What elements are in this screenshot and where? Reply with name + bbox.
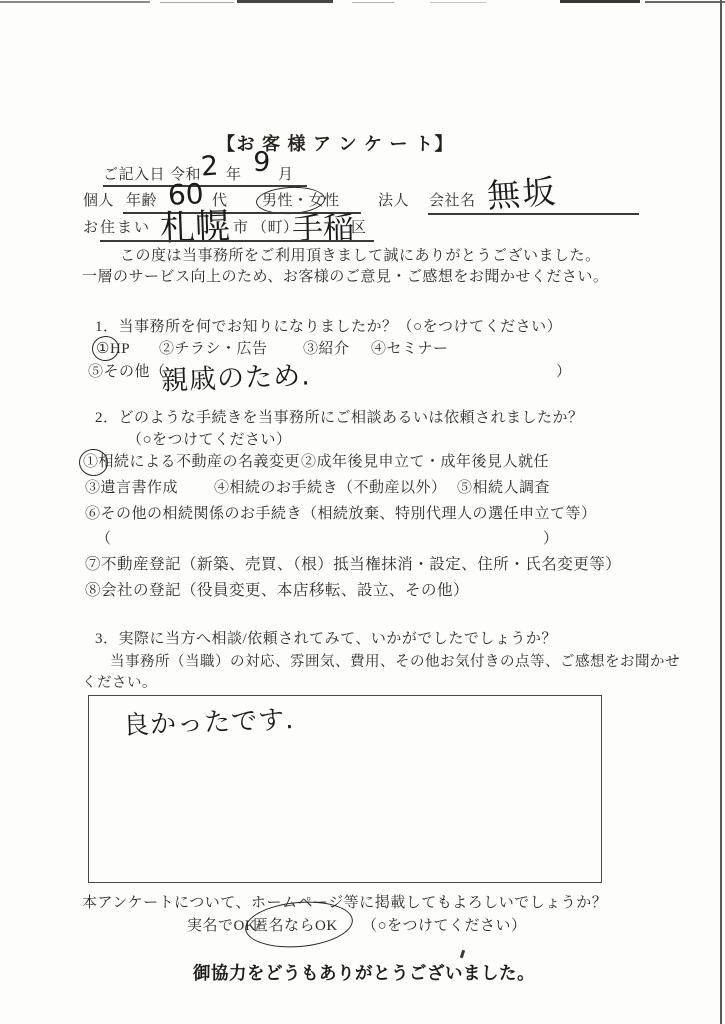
q2-option-8: ⑧会社の登記（役員変更、本店移転、設立、その他） <box>85 581 469 600</box>
consent-instruction: （○をつけてください） <box>362 917 527 936</box>
age-label: 年齢 <box>126 192 157 211</box>
month-suffix-label: 月 <box>278 166 294 185</box>
q2-option-2: ②成年後見申立て・成年後見人就任 <box>301 453 549 472</box>
residence-label: お住まい <box>83 219 151 238</box>
city-handwritten: 札幌 <box>159 199 231 251</box>
scan-artifact-top-4 <box>352 2 394 3</box>
year-suffix-label: 年 <box>226 166 242 185</box>
q1-other-close-paren: ） <box>556 363 572 382</box>
corporate-label: 法人 <box>378 192 409 211</box>
residence-row-underline <box>100 240 374 242</box>
q2-option-4: ④相続のお手続き（不動産以外） <box>214 479 447 498</box>
company-name-label: 会社名 <box>429 192 476 211</box>
q2-instruction: （○をつけてください） <box>127 431 292 450</box>
q1-heading: 1．当事務所を何でお知りになりましたか？（○をつけてください） <box>95 318 562 337</box>
greeting-line-1: この度は当事務所をご利用頂きまして誠にありがとうございました。 <box>120 247 601 266</box>
q2-option-5: ⑤相続人調査 <box>457 479 550 498</box>
entry-date-label: ご記入日 <box>103 166 165 185</box>
q3-answer-handwritten: 良かったです. <box>122 699 294 742</box>
q2-heading: 2．どのような手続きを当事務所にご相談あるいは依頼されましたか？ <box>95 409 584 428</box>
ward-handwritten: 手稲 <box>292 202 355 248</box>
scan-artifact-top-3 <box>237 0 333 3</box>
q1-other-label: ⑤その他（ <box>88 363 166 382</box>
city-suffix-label: 市 <box>233 219 249 238</box>
greeting-line-2: 一層のサービス向上のため、お客様のご意見・ご感想をお聞かせください。 <box>82 268 608 287</box>
q3-heading: 3．実際に当方へ相談/依頼されてみて、いかがでしたでしょうか？ <box>95 630 557 649</box>
entry-date-underline <box>103 185 307 187</box>
scan-artifact-top-5 <box>430 2 486 3</box>
q2-option-1: ①相続による不動産の名義変更 <box>83 453 300 472</box>
scan-artifact-top-7 <box>645 1 725 3</box>
scan-speck <box>460 950 465 959</box>
q2-blank-close-paren: ） <box>543 530 559 549</box>
q3-body-line-1: 当事務所（当職）の対応、雰囲気、費用、その他お気付きの点等、ご感想をお聞かせ <box>110 653 680 671</box>
q2-option-7: ⑦不動産登記（新築、売買、（根）抵当権抹消・設定、住所・氏名変更等） <box>85 555 621 574</box>
ward-suffix-label: 区 <box>351 219 367 238</box>
scanned-survey-page: 【お 客 様 ア ン ケ ー ト】 ご記入日 令和 2 年 9 月 個人 年齢 … <box>0 0 725 1024</box>
scan-artifact-top-6 <box>560 0 640 3</box>
q1-other-handwritten: 親戚のため. <box>160 353 311 397</box>
q2-option-3: ③遺言書作成 <box>85 479 178 498</box>
scan-artifact-top-2 <box>160 2 234 3</box>
company-row-underline <box>428 213 639 215</box>
closing-thanks: 御協力をどうもありがとうございました。 <box>193 960 535 985</box>
individual-label: 個人 <box>83 192 114 211</box>
q2-option-6: ⑥その他の相続関係のお手続き（相続放棄、特別代理人の選任申立て等） <box>85 505 597 524</box>
month-value-handwritten: 9 <box>252 147 271 179</box>
q1-option-seminar: ④セミナー <box>371 340 449 359</box>
scan-artifact-top-1 <box>0 1 150 3</box>
scan-artifact-right-edge <box>720 0 722 1024</box>
q3-body-line-2: ください。 <box>82 674 157 692</box>
q2-blank-open-paren: （ <box>96 530 112 549</box>
company-name-handwritten: 無坂 <box>485 166 558 218</box>
